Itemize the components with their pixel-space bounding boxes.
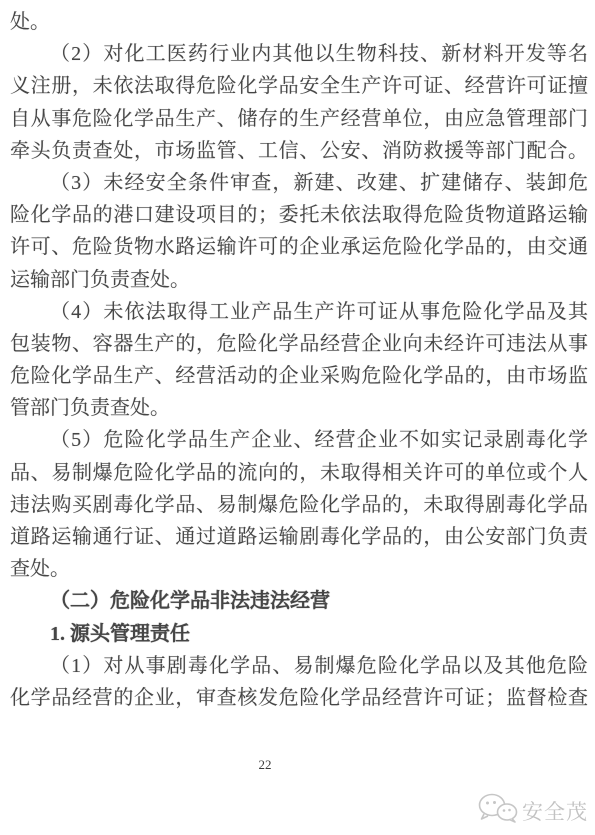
wechat-icon: [477, 792, 519, 830]
text-line: 自从事危险化学品生产、储存的生产经营单位，由应急管理部门: [10, 103, 588, 135]
watermark-label: 安全茂: [522, 796, 588, 826]
text-line: 义注册，未依法取得危险化学品安全生产许可证、经营许可证擅: [10, 70, 588, 102]
text-line: 包装物、容器生产的，危险化学品经营企业向未经许可违法从事: [10, 328, 588, 360]
text-line: 险化学品的港口建设项目的；委托未依法取得危险货物道路运输: [10, 199, 588, 231]
text-line: 品、易制爆危险化学品的流向的，未取得相关许可的单位或个人: [10, 457, 588, 489]
text-line: 查处。: [10, 553, 588, 585]
text-line: 许可、危险货物水路运输许可的企业承运危险化学品的，由交通: [10, 231, 588, 263]
document-body: 处。 （2）对化工医药行业内其他以生物科技、新材料开发等名 义注册，未依法取得危…: [10, 6, 588, 714]
document-page: 处。 （2）对化工医药行业内其他以生物科技、新材料开发等名 义注册，未依法取得危…: [0, 0, 595, 835]
text-line: 处。: [10, 6, 588, 38]
section-heading: （二）危险化学品非法违法经营: [10, 585, 588, 617]
subsection-heading: 1. 源头管理责任: [10, 618, 588, 650]
text-line: 管部门负责查处。: [10, 392, 588, 424]
text-line: 道路运输通行证、通过道路运输剧毒化学品的，由公安部门负责: [10, 521, 588, 553]
text-line: （1）对从事剧毒化学品、易制爆危险化学品以及其他危险: [10, 650, 588, 682]
text-line: （5）危险化学品生产企业、经营企业不如实记录剧毒化学: [10, 424, 588, 456]
text-line: 违法购买剧毒化学品、易制爆危险化学品的，未取得剧毒化学品: [10, 489, 588, 521]
text-line: （2）对化工医药行业内其他以生物科技、新材料开发等名: [10, 38, 588, 70]
watermark: 安全茂: [477, 792, 588, 830]
text-line: 牵头负责查处，市场监管、工信、公安、消防救援等部门配合。: [10, 135, 588, 167]
text-line: （4）未依法取得工业产品生产许可证从事危险化学品及其: [10, 296, 588, 328]
text-line: （3）未经安全条件审查，新建、改建、扩建储存、装卸危: [10, 167, 588, 199]
page-number: 22: [245, 757, 285, 773]
text-line: 危险化学品生产、经营活动的企业采购危险化学品的，由市场监: [10, 360, 588, 392]
text-line: 化学品经营的企业，审查核发危险化学品经营许可证；监督检查: [10, 682, 588, 714]
text-line: 运输部门负责查处。: [10, 264, 588, 296]
